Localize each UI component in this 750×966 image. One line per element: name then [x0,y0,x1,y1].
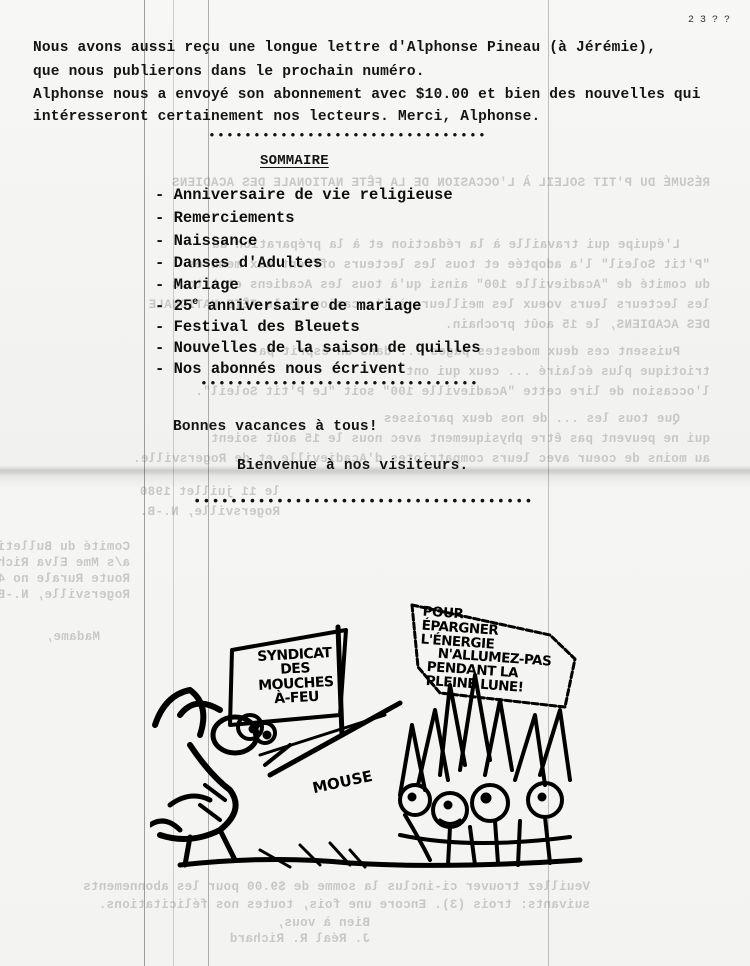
separator-stars: ••••••••••••••••••••••••••••••• [200,376,479,391]
bleed-line: Route Rurale no 4, [0,572,130,586]
toc-item: - Anniversaire de vie religieuse [155,186,453,204]
toc-item: - Mariage [155,276,239,294]
intro-line-3: Alphonse nous a envoyé son abonnement av… [33,87,701,103]
fold-line [144,0,145,966]
toc-item: - Remerciements [155,209,295,227]
bleed-line: Que tous les ... de nos deux paroisses [384,412,680,426]
bleed-line: Comité du Bulletin, [0,540,130,554]
sign-right-text: POUR ÉPARGNER L'ÉNERGIE N'ALLUMEZ-PAS PE… [417,606,582,700]
toc-item: - Festival des Bleuets [155,318,360,336]
bleed-line: a/s Mme Elva Richard, [0,556,130,570]
separator-stars: ••••••••••••••••••••••••••••••••••••• [193,494,533,510]
greeting: Bonnes vacances à tous! [173,419,378,435]
bleed-line: du comité de "Acadieville 100" ainsi qu'… [172,278,710,292]
bleed-line: L'équipe qui travaille à la rédaction et… [212,238,680,252]
intro-line-2: que nous publierons dans le prochain num… [33,64,425,80]
separator-stars: ••••••••••••••••••••••••••••••• [208,128,487,143]
bleed-line: J. Réal R. Richard [230,932,370,946]
intro-line-1: Nous avons aussi reçu une longue lettre … [33,40,656,56]
toc-item: - Danses d'Adultes [155,254,322,272]
corner-mark: 2 3 ? ? [688,15,730,26]
welcome: Bienvenue à nos visiteurs. [237,458,468,474]
bleed-line: Bien à vous, [276,916,370,930]
bleed-line: DES ACADIENS, le 15 août prochain. [445,318,710,332]
toc-item: - Nouvelles de la saison de quilles [155,339,481,357]
intro-line-4: intéresseront certainement nos lecteurs.… [33,109,540,125]
cartoon-illustration: SYNDICAT DES MOUCHES À-FEU POUR ÉPARGNER… [150,575,590,875]
toc-item: - 25e anniversaire de mariage [155,297,421,315]
sommaire-title: SOMMAIRE [260,153,329,169]
scanned-page: RÉSUMÉ DU P'TIT SOLEIL À L'OCCASION DE L… [0,0,750,966]
sign-left-text: SYNDICAT DES MOUCHES À-FEU [237,645,355,708]
toc-item: - Naissance [155,232,257,250]
bleed-line: Madame, [45,630,100,644]
bleed-line: Rogersville, N.-B. [0,588,130,602]
bleed-line: Veuillez trouver ci-inclus la somme de $… [83,880,590,894]
